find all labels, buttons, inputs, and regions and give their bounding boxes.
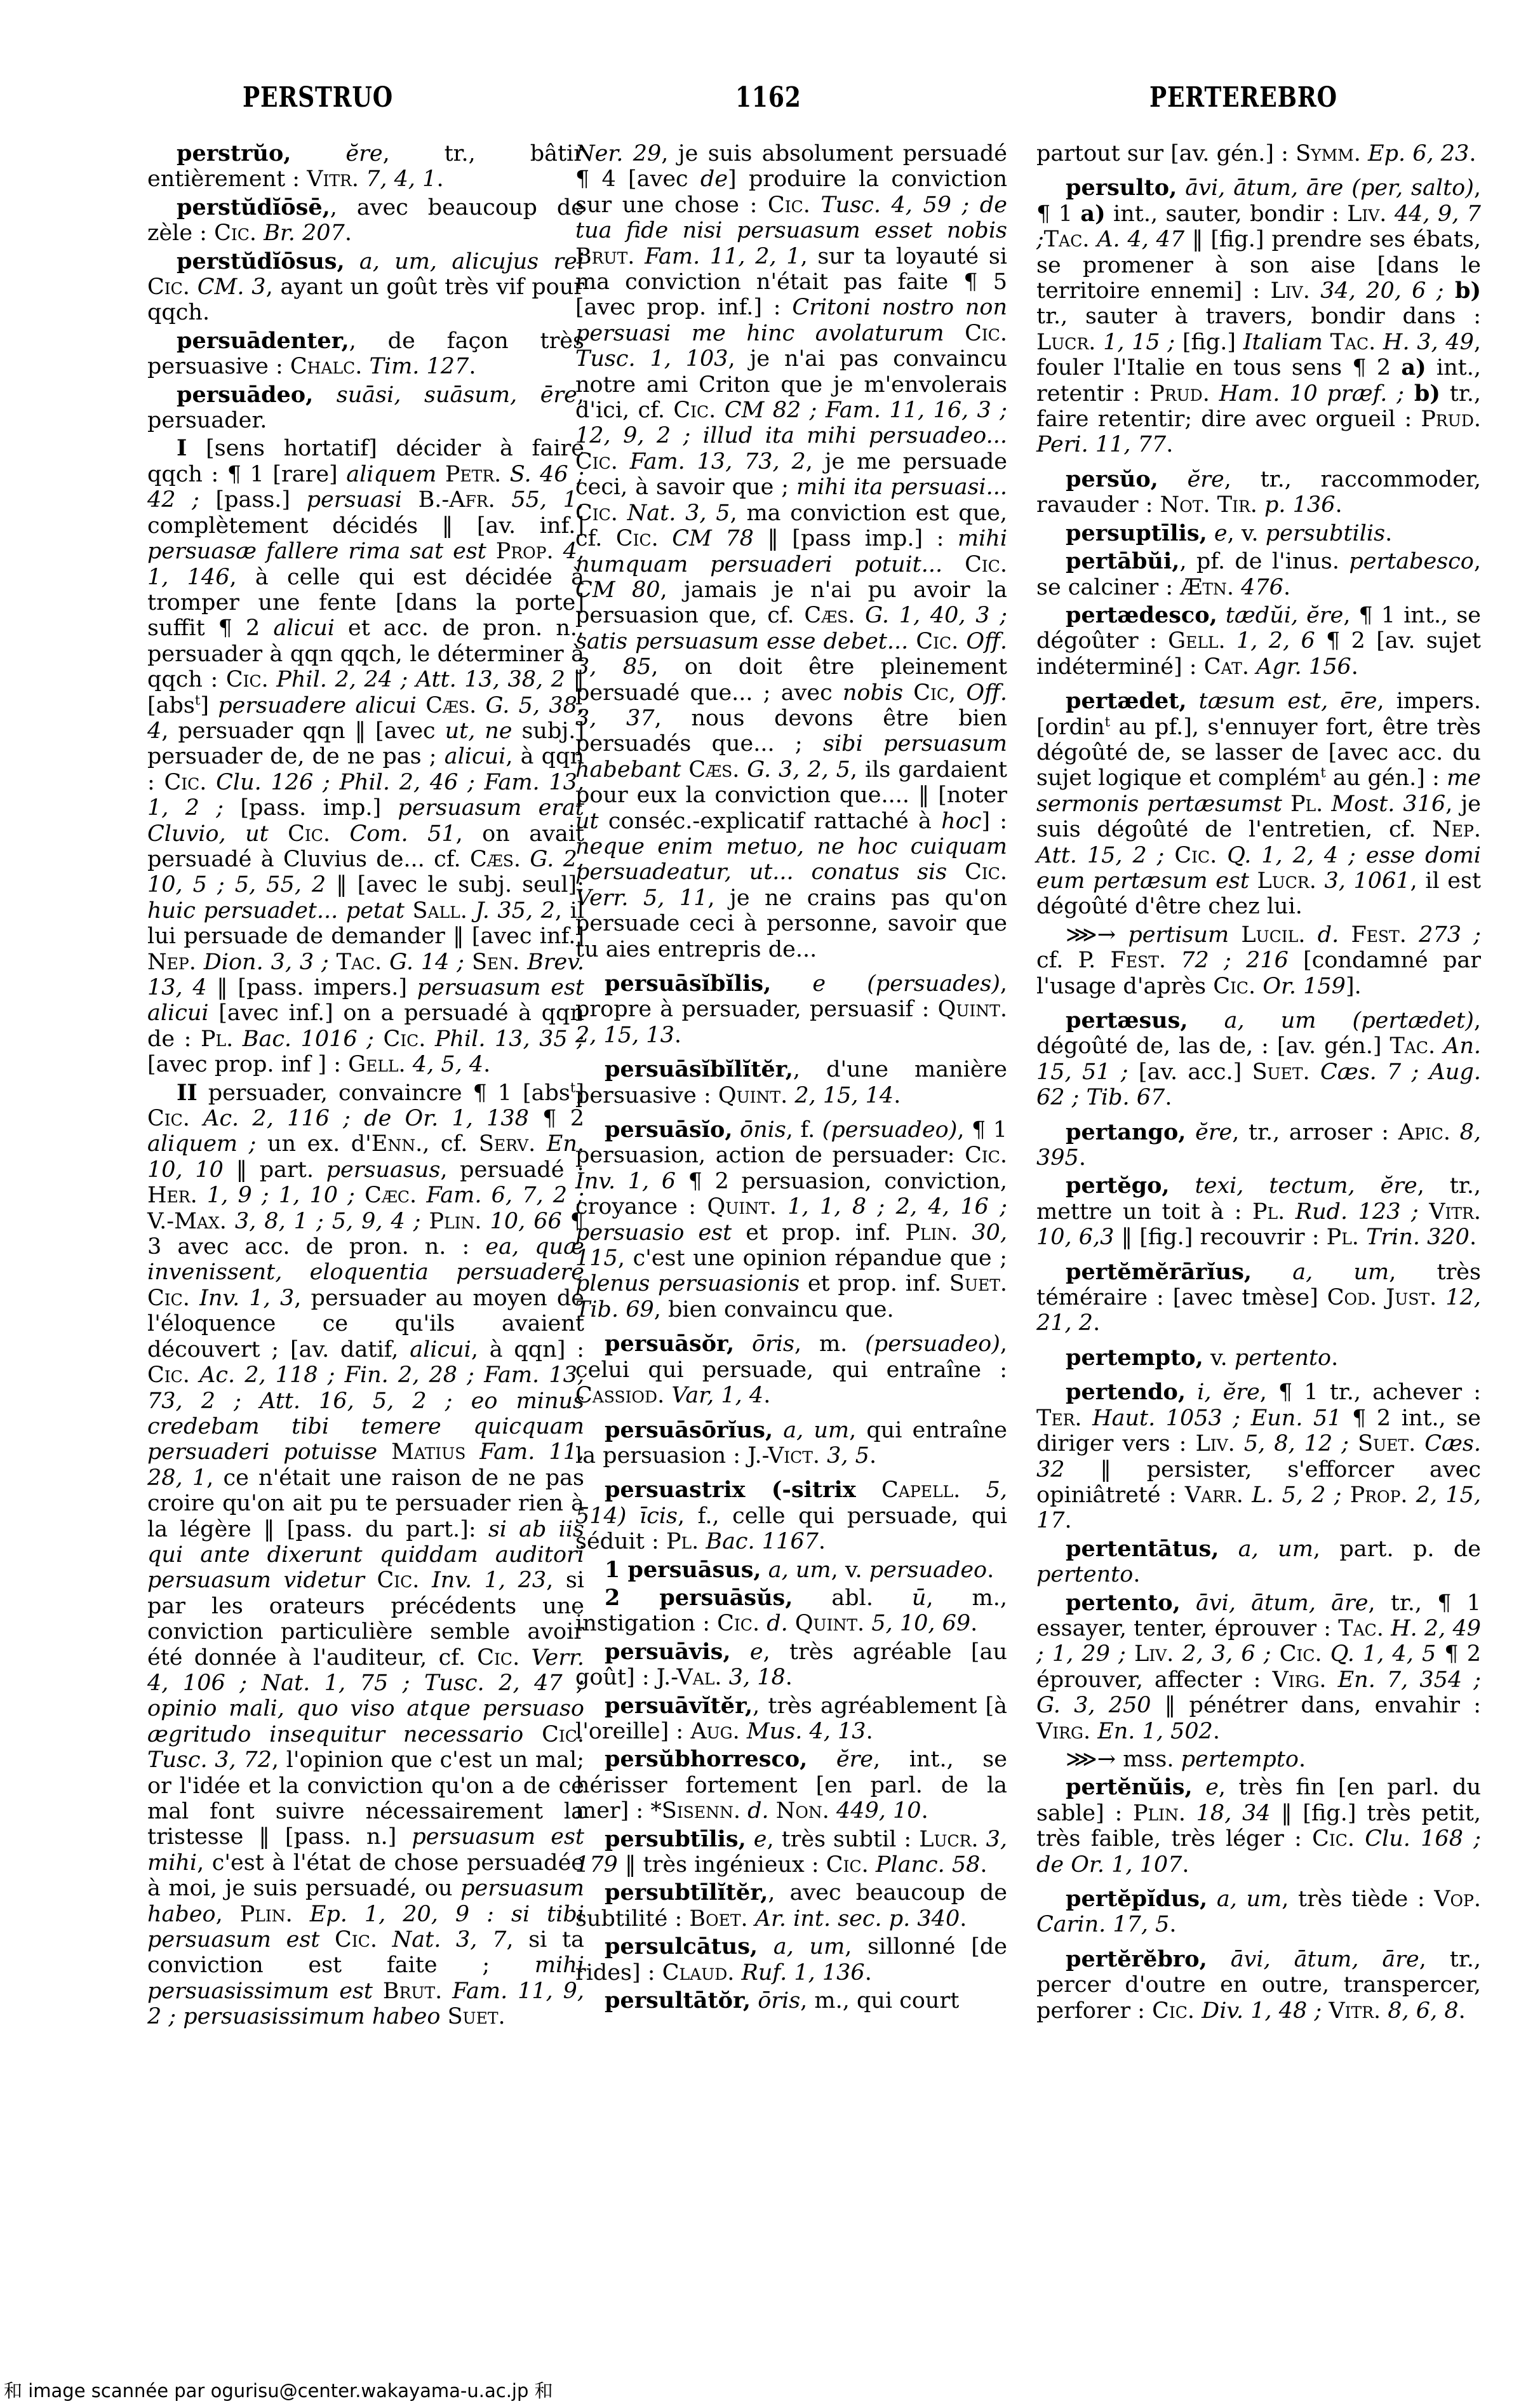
entry-text: d. bbox=[760, 1611, 788, 1636]
entry-text: Ep. 6, 23 bbox=[1361, 141, 1469, 166]
dictionary-entry: pertædet, tæsum est, ēre, impers. [ordin… bbox=[1036, 689, 1481, 920]
entry-text: Ham. 10 præf. ; bbox=[1210, 381, 1404, 407]
entry-text: 3, 1061 bbox=[1316, 868, 1410, 894]
entry-text: . bbox=[1169, 1912, 1176, 1937]
author-abbrev: J.-Val. bbox=[657, 1665, 722, 1690]
entry-text: ‖ [pass. impers.] bbox=[207, 975, 417, 1000]
author-abbrev: Pl. bbox=[666, 1529, 699, 1554]
entry-text: 2, 3, 6 ; bbox=[1174, 1641, 1271, 1667]
headword: pertĕnŭis, bbox=[1066, 1774, 1193, 1800]
entry-text: , c'est une opinion répandue que ; bbox=[618, 1246, 1007, 1271]
author-abbrev: Cic. bbox=[673, 398, 716, 423]
entry-text: Fam. 13, 73, 2 bbox=[618, 449, 806, 474]
entry-text: . bbox=[1133, 1562, 1140, 1587]
author-abbrev: Tac. bbox=[1338, 1616, 1384, 1641]
entry-text: ‖ part. bbox=[224, 1157, 326, 1183]
entry-text: b) bbox=[1444, 278, 1481, 304]
author-abbrev: Cic. bbox=[944, 321, 1007, 346]
entry-text: Inv. 1, 23 bbox=[419, 1568, 546, 1593]
dictionary-entry: persuāsōrĭus, a, um, qui entraîne la per… bbox=[575, 1418, 1007, 1469]
entry-text: persuasus bbox=[326, 1157, 441, 1183]
author-abbrev: Apic. bbox=[1398, 1120, 1450, 1145]
entry-text: 5, 10, 69 bbox=[864, 1611, 970, 1636]
author-abbrev: Virg. bbox=[1036, 1719, 1090, 1744]
dictionary-entry: perstŭdĭōsus, a, um, alicujus rei Cic. C… bbox=[147, 249, 584, 326]
dictionary-entry: pertĕnŭis, e, très fin [en parl. du sabl… bbox=[1036, 1775, 1481, 1878]
author-abbrev: Suet. bbox=[1349, 1431, 1416, 1456]
dictionary-entry: persŭbhorresco, ĕre, int., se hérisser f… bbox=[575, 1747, 1007, 1824]
dictionary-entry: persuāsĭbĭlis, e (persuades), propre à p… bbox=[575, 971, 1007, 1048]
headword: persuāsŏr, bbox=[605, 1331, 734, 1357]
author-abbrev: Cæs. bbox=[681, 757, 739, 783]
dictionary-entry: persuādenter,, de façon très persuasive … bbox=[147, 328, 584, 380]
entry-text: alicui bbox=[445, 744, 506, 769]
entry-text: . bbox=[1165, 1085, 1172, 1110]
author-abbrev: J.-Vict. bbox=[747, 1443, 820, 1468]
entry-text: . bbox=[819, 1529, 826, 1554]
entry-text: Agr. 156 bbox=[1249, 654, 1351, 680]
dictionary-entry: pertĕmĕrārĭus, a, um, très téméraire : [… bbox=[1036, 1260, 1481, 1336]
author-abbrev: Cic. bbox=[575, 449, 618, 474]
entry-text: . bbox=[1182, 1852, 1189, 1878]
author-abbrev: Cic. bbox=[768, 192, 810, 218]
entry-text: . bbox=[1469, 141, 1476, 166]
entry-text: 72 ; 216 bbox=[1166, 948, 1289, 973]
author-abbrev: Vitr. bbox=[1419, 1199, 1481, 1225]
entry-text: e (persuades) bbox=[771, 971, 1000, 997]
author-abbrev: Enn. bbox=[372, 1131, 422, 1157]
entry-text: ut, ne bbox=[445, 718, 512, 744]
author-abbrev: Cic. bbox=[1213, 974, 1255, 999]
author-abbrev: Brut. bbox=[575, 244, 634, 269]
entry-text: Tib. 69 bbox=[575, 1297, 654, 1322]
entry-text: . bbox=[1065, 1508, 1072, 1533]
entry-text: , pf. de l'inus. bbox=[1179, 549, 1349, 574]
entry-text: p. 136 bbox=[1257, 492, 1336, 518]
entry-text: a) bbox=[1080, 201, 1105, 227]
dictionary-entry: persuāsĭbĭlĭtĕr,, d'une manière persuasi… bbox=[575, 1057, 1007, 1108]
author-abbrev: Boet. bbox=[689, 1906, 747, 1932]
entry-text: tædŭi, ĕre bbox=[1217, 603, 1344, 628]
entry-text: partout sur [av. gén.] : bbox=[1036, 141, 1296, 166]
entry-text: . bbox=[483, 1052, 490, 1077]
author-abbrev: Prop. bbox=[1342, 1482, 1408, 1508]
entry-text: . bbox=[894, 1083, 901, 1108]
entry-text: . bbox=[786, 1665, 793, 1690]
entry-text: Planc. 58 bbox=[869, 1852, 981, 1878]
author-abbrev: Tac. bbox=[1044, 227, 1090, 252]
entry-text: . bbox=[1385, 521, 1392, 546]
author-abbrev: Ætn. bbox=[1180, 575, 1234, 600]
headword: pertĕpĭdus, bbox=[1066, 1886, 1207, 1912]
entry-text: , à qqn] : bbox=[471, 1337, 584, 1362]
author-abbrev: Cic. bbox=[164, 770, 207, 795]
entry-text: mihi ita persuasi... bbox=[796, 474, 1007, 500]
entry-text: G. 3, 2, 5 bbox=[739, 757, 850, 783]
entry-text: 10, 66 bbox=[482, 1209, 562, 1234]
entry-text: huic persuadet... petat bbox=[147, 898, 405, 924]
dictionary-entry: 1 persuāsus, a, um, v. persuadeo. bbox=[575, 1557, 1007, 1583]
entry-text: pertento bbox=[1036, 1562, 1133, 1587]
author-abbrev: Cic. bbox=[319, 1927, 377, 1952]
dictionary-entry: persuāvis, e, très agréable [au goût] : … bbox=[575, 1639, 1007, 1691]
entry-text: pertisum bbox=[1128, 922, 1229, 948]
author-abbrev: Cic. bbox=[269, 821, 330, 847]
entry-text: a, um, alicujus rei bbox=[345, 249, 584, 274]
entry-text: alicui bbox=[273, 615, 335, 641]
entry-text: persuadere alicui bbox=[218, 693, 417, 718]
entry-text: Bac. 1167 bbox=[699, 1529, 819, 1554]
entry-text: de bbox=[700, 166, 728, 192]
entry-text: ut bbox=[575, 809, 599, 834]
author-abbrev: Claud. bbox=[662, 1960, 735, 1986]
entry-text: . bbox=[980, 1852, 987, 1878]
entry-text: A. 4, 47 bbox=[1089, 227, 1184, 252]
author-abbrev: Vitr. bbox=[1322, 1998, 1381, 2024]
column-left: perstrŭo, ĕre, tr., bâtir entièrement : … bbox=[147, 141, 584, 2033]
author-abbrev: Liv. bbox=[1126, 1641, 1174, 1667]
author-abbrev: Tac. bbox=[329, 950, 382, 975]
entry-text: āvi, ātum, āre (per, salto) bbox=[1177, 175, 1474, 201]
entry-text: Phil. 13, 35 ; bbox=[425, 1026, 584, 1052]
entry-text: pertempto bbox=[1181, 1747, 1299, 1772]
entry-text: . bbox=[1093, 1310, 1100, 1336]
headword: pertābŭi, bbox=[1066, 548, 1179, 574]
author-abbrev: Quint. bbox=[788, 1611, 864, 1636]
entry-text: e bbox=[731, 1639, 763, 1665]
author-abbrev: V.-Max. bbox=[147, 1209, 227, 1234]
author-abbrev: Virg. bbox=[1272, 1667, 1326, 1693]
entry-text: 2, 15, 14 bbox=[787, 1083, 894, 1108]
headword: persŭbhorresco, bbox=[605, 1746, 807, 1772]
entry-text: Inv. 1, 6 bbox=[575, 1169, 676, 1194]
entry-text: , bbox=[216, 1902, 240, 1927]
entry-text: . bbox=[1351, 654, 1358, 680]
entry-text: Ar. int. sec. p. 340 bbox=[748, 1906, 960, 1932]
author-abbrev: Cic. bbox=[1271, 1641, 1322, 1667]
author-abbrev: Cassiod. bbox=[575, 1383, 664, 1408]
entry-text: ⋙→ bbox=[1066, 922, 1128, 948]
entry-text: . bbox=[866, 1719, 873, 1744]
entry-text: 3, 5 bbox=[820, 1443, 869, 1468]
author-abbrev: Quint. bbox=[938, 997, 1007, 1022]
headword: persŭo, bbox=[1066, 466, 1158, 492]
dictionary-entry: persuāsŏr, ōris, m. (persuadeo), celui q… bbox=[575, 1331, 1007, 1408]
author-abbrev: Fest. bbox=[1111, 948, 1166, 973]
entry-text: . bbox=[1283, 575, 1290, 600]
headword: pertentātus, bbox=[1066, 1536, 1219, 1562]
entry-text: , bien convaincu que. bbox=[654, 1297, 894, 1322]
dictionary-entry: I [sens hortatif] décider à faire qqch :… bbox=[147, 436, 584, 1077]
entry-text: Trin. 320 bbox=[1359, 1225, 1470, 1250]
entry-text: au gén.] : bbox=[1326, 765, 1447, 791]
guide-word-right: PERTEREBRO bbox=[1149, 81, 1337, 114]
dictionary-entry: persubtīlĭtĕr,, avec beaucoup de subtili… bbox=[575, 1880, 1007, 1932]
entry-text: , persuadé : bbox=[440, 1157, 584, 1183]
author-abbrev: Cic. bbox=[616, 526, 659, 551]
dictionary-entry: persulto, āvi, ātum, āre (per, salto), ¶… bbox=[1036, 175, 1481, 457]
dictionary-entry: pertĕrĕbro, āvi, ātum, āre, tr., percer … bbox=[1036, 1947, 1481, 2024]
entry-text: 449, 10 bbox=[829, 1798, 921, 1824]
author-abbrev: Cic bbox=[903, 680, 949, 706]
entry-text: Dion. 3, 3 ; bbox=[196, 950, 329, 975]
entry-text: J. 35, 2 bbox=[467, 898, 555, 924]
guide-word-left: PERSTRUO bbox=[243, 81, 393, 114]
entry-text: Rud. 123 ; bbox=[1285, 1199, 1418, 1225]
entry-text: , m. bbox=[794, 1331, 865, 1357]
author-abbrev: Cic. bbox=[908, 629, 958, 654]
entry-text: ĕre bbox=[807, 1747, 873, 1772]
author-abbrev: Lucr. bbox=[919, 1827, 978, 1852]
dictionary-entry: pertango, ĕre, tr., arroser : Apic. 8, 3… bbox=[1036, 1120, 1481, 1171]
headword: perstrŭo, bbox=[177, 140, 291, 166]
entry-text: int., sauter, bondir : bbox=[1106, 201, 1347, 227]
author-abbrev: Pl. bbox=[1282, 791, 1323, 817]
author-abbrev: Cic. bbox=[947, 859, 1007, 885]
headword: persuāsĭbĭlĭtĕr, bbox=[605, 1056, 793, 1082]
dictionary-entry: pertempto, v. pertento. bbox=[1036, 1345, 1481, 1371]
entry-text: Nat. 3, 5 bbox=[618, 501, 730, 526]
dictionary-entry: persulcātus, a, um, sillonné [de rides] … bbox=[575, 1934, 1007, 1986]
entry-text: āvi, ātum, āre bbox=[1181, 1590, 1369, 1616]
entry-text: . bbox=[1331, 1345, 1338, 1371]
entry-text: Nat. 3, 7 bbox=[377, 1927, 506, 1952]
entry-text: , v. bbox=[1228, 521, 1266, 546]
entry-text: Mus. 4, 13 bbox=[740, 1719, 866, 1744]
entry-text: 2, 15, 13 bbox=[575, 1023, 674, 1048]
dictionary-entry: pertædesco, tædŭi, ĕre, ¶ 1 int., se dég… bbox=[1036, 603, 1481, 680]
column-right: partout sur [av. gén.] : Symm. Ep. 6, 23… bbox=[1036, 141, 1481, 2026]
headword: pertento, bbox=[1066, 1590, 1181, 1616]
author-abbrev: Plin. bbox=[1133, 1801, 1186, 1826]
dictionary-entry: persuādeo, suāsi, suāsum, ēre, persuader… bbox=[147, 382, 584, 434]
entry-text: ‖ [fig.] recouvrir : bbox=[1114, 1225, 1326, 1250]
entry-text: ‖ très ingénieux : bbox=[618, 1852, 826, 1878]
author-abbrev: Non. bbox=[769, 1798, 829, 1824]
dictionary-entry: persuāvĭtĕr,, très agréablement [à l'ore… bbox=[575, 1693, 1007, 1745]
author-abbrev: Pl. bbox=[201, 1026, 233, 1052]
entry-text: 1, 2, 6 bbox=[1226, 628, 1315, 654]
entry-text: (persuadeo) bbox=[865, 1331, 1000, 1357]
dictionary-entry: ⋙→ mss. pertempto. bbox=[1036, 1747, 1481, 1772]
author-abbrev: Tac. bbox=[1389, 1033, 1435, 1059]
headword: perstŭdĭōsus, bbox=[177, 248, 345, 274]
entry-text: pertabesco bbox=[1349, 549, 1474, 574]
page-number: 1162 bbox=[735, 81, 801, 114]
entry-text: ] bbox=[200, 693, 218, 718]
entry-text: a, um bbox=[761, 1557, 831, 1583]
entry-text: Div. 1, 48 ; bbox=[1195, 1998, 1322, 2024]
entry-text: 7, 4, 1 bbox=[359, 166, 436, 192]
author-abbrev: Nep. bbox=[147, 950, 196, 975]
entry-text: hoc bbox=[941, 809, 981, 834]
entry-text: un ex. d' bbox=[256, 1131, 371, 1157]
headword: persubtīlis, bbox=[605, 1826, 746, 1852]
entry-text: , très subtil : bbox=[767, 1827, 919, 1852]
entry-text: [avec prop. inf ] : bbox=[147, 1052, 348, 1077]
headword: pertĕgo, bbox=[1066, 1173, 1170, 1199]
entry-text: 4, 5, 4 bbox=[406, 1052, 483, 1077]
author-abbrev: Symm. bbox=[1296, 141, 1361, 166]
author-abbrev: Cic. bbox=[147, 1362, 190, 1388]
author-abbrev: Cic. bbox=[365, 1568, 419, 1593]
scan-credit-footer: 和 image scannée par ogurisu@center.wakay… bbox=[4, 2377, 553, 2403]
headword: pertæsus, bbox=[1066, 1007, 1188, 1033]
entry-text: Tusc. 3, 72 bbox=[147, 1747, 272, 1773]
author-abbrev: Ter. bbox=[1036, 1406, 1082, 1431]
headword: pertendo, bbox=[1066, 1379, 1186, 1405]
author-abbrev: Tac. bbox=[1323, 330, 1376, 355]
entry-text: Ac. 2, 116 ; de Or. 1, 138 bbox=[190, 1106, 529, 1131]
entry-text: Peri. 11, 77 bbox=[1036, 432, 1166, 457]
entry-text: a, um bbox=[1219, 1536, 1313, 1562]
dictionary-entry: persuastrix (-sitrix Capell. 5, 514) īci… bbox=[575, 1477, 1007, 1554]
entry-text: t bbox=[1105, 714, 1110, 729]
entry-text: a, um bbox=[773, 1418, 849, 1443]
entry-text: persuadeo bbox=[869, 1557, 987, 1583]
entry-text: 5, 8, 12 ; bbox=[1235, 1431, 1349, 1456]
entry-text: b) bbox=[1404, 380, 1440, 407]
entry-text: , cf. bbox=[422, 1131, 479, 1157]
headword: 2 persuāsŭs, bbox=[605, 1585, 793, 1611]
entry-text: , v. bbox=[831, 1557, 869, 1583]
entry-text: v. bbox=[1203, 1345, 1235, 1371]
author-abbrev: Petr. bbox=[436, 462, 501, 487]
entry-text: cf. P. bbox=[1036, 948, 1111, 973]
dictionary-entry: II persuader, convaincre ¶ 1 [abst] Cic.… bbox=[147, 1080, 584, 2030]
entry-text bbox=[291, 141, 345, 166]
headword: persuptīlis, bbox=[1066, 520, 1207, 546]
entry-text: . bbox=[1213, 1719, 1220, 1744]
entry-text: G. 14 ; bbox=[382, 950, 464, 975]
author-abbrev: Suet. bbox=[1252, 1059, 1310, 1085]
entry-text: II bbox=[177, 1080, 198, 1106]
dictionary-entry: perstrŭo, ĕre, tr., bâtir entièrement : … bbox=[147, 141, 584, 192]
entry-text: alicui bbox=[410, 1337, 471, 1362]
entry-text: En. 1, 502 bbox=[1090, 1719, 1213, 1744]
dictionary-entry: ⋙→ pertisum Lucil. d. Fest. 273 ; cf. P.… bbox=[1036, 922, 1481, 999]
entry-text: Haut. 1053 ; Eun. 51 bbox=[1082, 1406, 1342, 1431]
entry-text: Phil. 2, 24 ; Att. 13, 38, 2 bbox=[269, 667, 565, 692]
author-abbrev: Cæs. bbox=[470, 847, 521, 872]
headword: pertædesco, bbox=[1066, 602, 1217, 628]
dictionary-entry: persultātŏr, ōris, m., qui court bbox=[575, 1988, 1007, 2013]
entry-text: . bbox=[970, 1611, 977, 1636]
entry-text: ōris bbox=[751, 1988, 800, 2013]
author-abbrev: Nep. bbox=[1432, 817, 1481, 842]
entry-text: Inv. 1, 3 bbox=[190, 1286, 294, 1311]
author-abbrev: Cæs. bbox=[417, 693, 476, 718]
author-abbrev: Matius bbox=[377, 1439, 465, 1465]
entry-text: [av. acc.] bbox=[1128, 1059, 1252, 1085]
headword: 1 persuāsus, bbox=[605, 1557, 761, 1583]
headword: pertædet, bbox=[1066, 688, 1187, 714]
author-abbrev: Cic. bbox=[575, 501, 618, 526]
entry-text: . bbox=[1335, 492, 1342, 518]
entry-text: aliquem bbox=[346, 462, 436, 487]
entry-text: . bbox=[869, 1443, 876, 1468]
author-abbrev: Cæc. bbox=[355, 1183, 417, 1208]
entry-text: Tim. 127 bbox=[362, 354, 469, 379]
headword: persultātŏr, bbox=[605, 1987, 751, 2013]
author-abbrev: Liv. bbox=[1195, 1431, 1235, 1456]
entry-text: ĕre bbox=[1186, 1120, 1232, 1145]
entry-text: Bac. 1016 ; bbox=[233, 1026, 374, 1052]
author-abbrev: B.-Afr. bbox=[402, 487, 495, 513]
entry-text: Fam. 11, 2, 1 bbox=[634, 244, 800, 269]
entry-text: . bbox=[1299, 1747, 1306, 1772]
author-abbrev: Cic. bbox=[826, 1852, 869, 1878]
entry-text: 10, 6,3 bbox=[1036, 1225, 1114, 1250]
entry-text: pertento bbox=[1235, 1345, 1331, 1371]
dictionary-entry: 2 persuāsŭs, abl. ū, m., instigation : C… bbox=[575, 1585, 1007, 1637]
entry-text: Var, 1, 4 bbox=[664, 1383, 763, 1408]
entry-text: CM 80 bbox=[575, 577, 660, 603]
dictionary-entry: pertendo, i, ĕre, ¶ 1 tr., achever : Ter… bbox=[1036, 1380, 1481, 1533]
headword: persulcātus, bbox=[605, 1933, 758, 1959]
author-abbrev: Suet. bbox=[949, 1271, 1007, 1296]
entry-text: CM 78 bbox=[659, 526, 754, 551]
entry-text: suāsi, suāsum, ēre bbox=[313, 382, 577, 408]
author-abbrev: Not. Tir. bbox=[1160, 492, 1257, 518]
author-abbrev: Lucr. bbox=[1036, 330, 1095, 355]
author-abbrev: Cic. bbox=[1164, 843, 1217, 868]
headword: perstŭdĭōsē, bbox=[177, 194, 330, 220]
entry-text: . bbox=[1470, 1225, 1476, 1250]
entry-text: 476 bbox=[1234, 575, 1283, 600]
entry-text: ]. bbox=[1346, 974, 1362, 999]
dictionary-entry: persuāsĭo, ōnis, f. (persuadeo), ¶ 1 per… bbox=[575, 1117, 1007, 1322]
entry-text: Ner. 29 bbox=[575, 141, 661, 166]
author-abbrev: Lucr. bbox=[1249, 868, 1316, 894]
author-abbrev: Pl. bbox=[1327, 1225, 1359, 1250]
entry-text: persuader, convaincre ¶ 1 [abs bbox=[198, 1080, 570, 1106]
entry-text: 1, 9 ; 1, 10 ; bbox=[198, 1183, 355, 1208]
dictionary-entry: pertento, āvi, ātum, āre, tr., ¶ 1 essay… bbox=[1036, 1590, 1481, 1744]
author-abbrev: Cic. bbox=[226, 667, 269, 692]
author-abbrev: Vop. bbox=[1434, 1886, 1481, 1912]
author-abbrev: Sen. bbox=[464, 950, 519, 975]
entry-text: H. 3, 49 bbox=[1376, 330, 1474, 355]
entry-text: ū bbox=[912, 1585, 927, 1611]
entry-text: Q. 1, 4, 5 bbox=[1322, 1641, 1436, 1667]
author-abbrev: Brut. bbox=[373, 1979, 442, 2004]
entry-text: 273 ; bbox=[1407, 922, 1481, 948]
entry-text: āvi, ātum, āre bbox=[1207, 1947, 1419, 1972]
entry-text: tæsum est, ēre bbox=[1187, 689, 1377, 714]
entry-text: , bbox=[949, 680, 966, 706]
entry-text: . bbox=[763, 1383, 770, 1408]
entry-text: ĕre bbox=[1158, 467, 1224, 492]
author-abbrev: Plin. bbox=[905, 1220, 958, 1246]
author-abbrev: Cic. bbox=[374, 1026, 425, 1052]
entry-text: d. bbox=[740, 1798, 769, 1824]
entry-text: persuasi bbox=[307, 487, 402, 513]
author-abbrev: Cic. bbox=[1312, 1826, 1355, 1852]
entry-text: L. 5, 2 ; bbox=[1243, 1482, 1342, 1508]
author-abbrev: Gell. bbox=[1168, 628, 1226, 654]
entry-text: ‖ pénétrer dans, envahir : bbox=[1151, 1693, 1481, 1718]
headword: pertango, bbox=[1066, 1119, 1186, 1145]
author-abbrev: Gell. bbox=[348, 1052, 406, 1077]
author-abbrev: Fest. bbox=[1339, 922, 1407, 948]
entry-text: Att. 15, 2 ; bbox=[1036, 843, 1164, 868]
entry-text: e bbox=[1193, 1775, 1219, 1800]
entry-text: i, ĕre bbox=[1186, 1380, 1260, 1405]
entry-text: , m., qui court bbox=[800, 1988, 959, 2013]
headword: persuādeo, bbox=[177, 382, 313, 408]
entry-text: Italiam bbox=[1243, 330, 1323, 355]
